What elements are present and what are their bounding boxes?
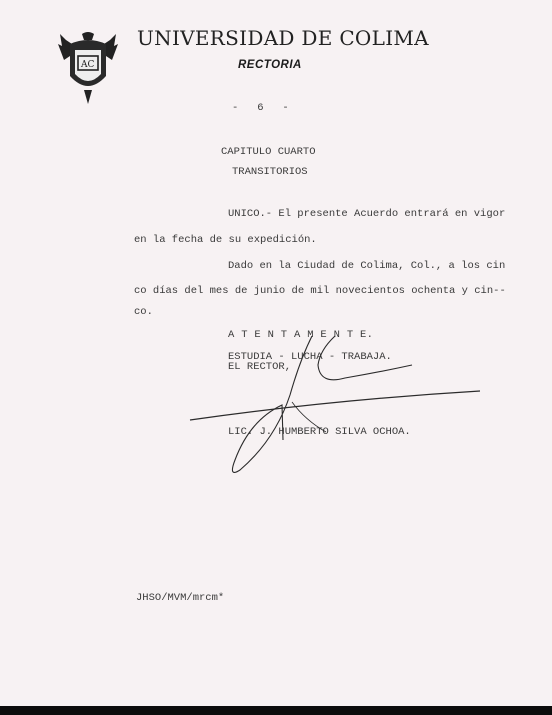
chapter-title: CAPITULO CUARTO — [221, 146, 316, 158]
document-page: AC UNIVERSIDAD DE COLIMA RECTORIA - 6 - … — [0, 0, 552, 706]
svg-text:AC: AC — [80, 60, 94, 70]
paragraph-1-line-2: en la fecha de su expedición. — [134, 234, 317, 246]
university-crest-icon: AC — [58, 30, 118, 105]
page-number: - 6 - — [232, 102, 289, 114]
institution-name: UNIVERSIDAD DE COLIMA — [137, 26, 429, 50]
scan-border — [0, 706, 552, 715]
closing-role: EL RECTOR, — [228, 361, 291, 373]
paragraph-1-line-1: UNICO.- El presente Acuerdo entrará en v… — [228, 208, 505, 220]
closing-salutation: A T E N T A M E N T E. — [228, 329, 373, 341]
chapter-subtitle: TRANSITORIOS — [232, 166, 308, 178]
reference-initials: JHSO/MVM/mrcm* — [136, 592, 224, 604]
office-name: RECTORIA — [238, 59, 302, 71]
paragraph-2-line-1: Dado en la Ciudad de Colima, Col., a los… — [228, 260, 505, 272]
paragraph-2-line-2: co días del mes de junio de mil novecien… — [134, 285, 506, 297]
paragraph-2-line-3: co. — [134, 306, 153, 318]
signatory-name: LIC. J. HUMBERTO SILVA OCHOA. — [228, 426, 411, 438]
